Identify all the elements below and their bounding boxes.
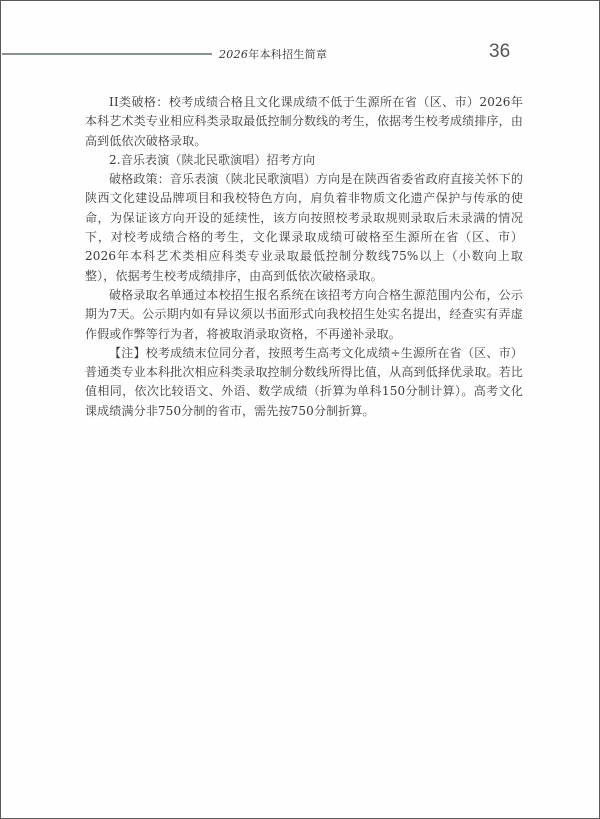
paragraph-note: 【注】校考成绩末位同分者，按照考生高考文化成绩÷生源所在省（区、市）普通类专业本…: [85, 344, 523, 421]
page-number: 36: [489, 41, 510, 63]
paragraph-publicity: 破格录取名单通过本校招生报名系统在该招考方向合格生源范围内公布，公示期为7天。公…: [85, 286, 523, 344]
running-header: 2026年本科招生简章: [219, 46, 327, 62]
page: 2026年本科招生简章 36 II类破格：校考成绩合格且文化课成绩不低于生源所在…: [0, 0, 600, 819]
header-year: 2026: [219, 48, 248, 61]
header-title: 年本科招生简章: [248, 48, 327, 61]
body-text: II类破格：校考成绩合格且文化课成绩不低于生源所在省（区、市）2026年本科艺术…: [85, 93, 523, 421]
paragraph-exception-policy: 破格政策：音乐表演（陕北民歌演唱）方向是在陕西省委省政府直接关怀下的陕西文化建设…: [85, 170, 523, 286]
section-heading-music-performance: 2.音乐表演（陕北民歌演唱）招考方向: [85, 151, 523, 170]
header-rule: [2, 53, 212, 55]
paragraph-class-ii-exception: II类破格：校考成绩合格且文化课成绩不低于生源所在省（区、市）2026年本科艺术…: [85, 93, 523, 151]
